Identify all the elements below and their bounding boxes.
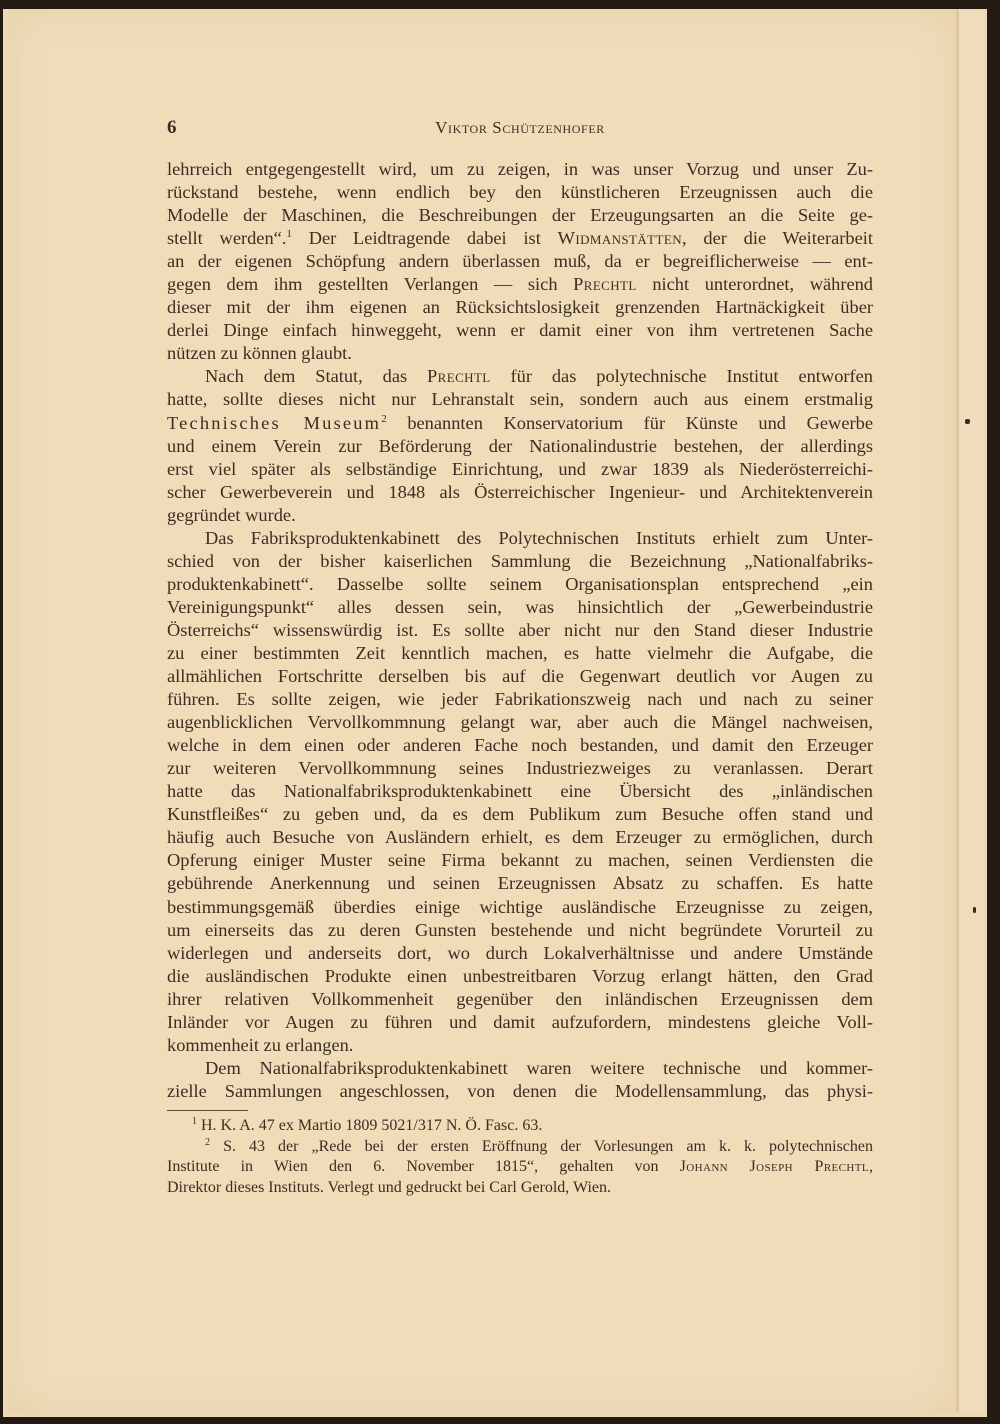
footnote-ref: 2 bbox=[381, 413, 387, 425]
text-line: zielle Sammlungen angeschlossen, von den… bbox=[167, 1080, 873, 1103]
text-line: um einerseits das zu deren Gunsten beste… bbox=[167, 919, 873, 942]
text-line: scher Gewerbeverein und 1848 als Österre… bbox=[167, 481, 873, 504]
footnote-marker: 1 bbox=[192, 1116, 197, 1127]
text-line: gebührende Anerkennung und seinen Erzeug… bbox=[167, 872, 873, 895]
text-line: Opferung einiger Muster seine Firma beka… bbox=[167, 849, 873, 872]
footnote: 2 S. 43 der „Rede bei der ersten Eröffnu… bbox=[167, 1137, 873, 1199]
text-line: rückstand bestehe, wenn endlich bey den … bbox=[167, 181, 873, 204]
text-line: und einem Verein zur Beförderung der Nat… bbox=[167, 435, 873, 458]
edge-speck bbox=[965, 419, 970, 424]
text-line: Technisches Museum2 benannten Konservato… bbox=[167, 412, 873, 435]
footnotes: 1 H. K. A. 47 ex Martio 1809 5021/317 N.… bbox=[167, 1116, 873, 1198]
text-line: Vereinigungspunkt“ alles dessen sein, wa… bbox=[167, 596, 873, 619]
text-line: bestimmungsgemäß überdies einige wichtig… bbox=[167, 896, 873, 919]
text-line: Das Fabriksproduktenkabinett des Polytec… bbox=[167, 527, 873, 550]
text-line: lehrreich entgegengestellt wird, um zu z… bbox=[167, 158, 873, 181]
paragraph: Nach dem Statut, das Prechtl für das pol… bbox=[167, 365, 873, 526]
footnote-divider bbox=[167, 1110, 248, 1111]
text-line: gegründet wurde. bbox=[167, 504, 873, 527]
text-line: Modelle der Maschinen, die Beschreibunge… bbox=[167, 204, 873, 227]
text-line: widerlegen und anderseits dort, wo durch… bbox=[167, 942, 873, 965]
footnote: 1 H. K. A. 47 ex Martio 1809 5021/317 N.… bbox=[167, 1116, 873, 1137]
text-line: nützen zu können glaubt. bbox=[167, 342, 873, 365]
text-line: augenblicklichen Vervollkommnung gelangt… bbox=[167, 711, 873, 734]
text-line: häufig auch Besuche von Ausländern erhie… bbox=[167, 826, 873, 849]
footnote-ref: 1 bbox=[286, 228, 292, 240]
text-line: dieser mit der ihm eigenen an Rücksichts… bbox=[167, 296, 873, 319]
text-line: Dem Nationalfabriksproduktenkabinett war… bbox=[167, 1057, 873, 1080]
text-line: hatte, sollte dieses nicht nur Lehransta… bbox=[167, 388, 873, 411]
running-head: Viktor Schützenhofer bbox=[167, 118, 873, 138]
footnote-line: Institute in Wien den 6. November 1815“,… bbox=[167, 1157, 873, 1178]
person-name: Widmanstätten bbox=[558, 228, 682, 248]
text-line: welche in dem einen oder anderen Fache n… bbox=[167, 734, 873, 757]
text-line: führen. Es sollte zeigen, wie jeder Fabr… bbox=[167, 688, 873, 711]
person-name: Johann Joseph Prechtl bbox=[680, 1158, 869, 1175]
text-line: allmählichen Fortschritte derselben bis … bbox=[167, 665, 873, 688]
text-line: erst viel später als selbständige Einric… bbox=[167, 458, 873, 481]
text-line: gegen dem ihm gestellten Verlangen — sic… bbox=[167, 273, 873, 296]
text-line: derlei Dinge einfach hinweggeht, wenn er… bbox=[167, 319, 873, 342]
person-name: Prechtl bbox=[427, 366, 491, 386]
edge-speck bbox=[973, 907, 976, 913]
text-line: stellt werden“.1 Der Leidtragende dabei … bbox=[167, 227, 873, 250]
text-line: produktenkabinett“. Dasselbe sollte sein… bbox=[167, 573, 873, 596]
text-line: kommenheit zu erlangen. bbox=[167, 1034, 873, 1057]
footnote-line: 2 S. 43 der „Rede bei der ersten Eröffnu… bbox=[167, 1137, 873, 1158]
paragraph: lehrreich entgegengestellt wird, um zu z… bbox=[167, 158, 873, 365]
footnote-line: Direktor dieses Instituts. Verlegt und g… bbox=[167, 1178, 873, 1199]
page-header: 6 Viktor Schützenhofer bbox=[167, 117, 873, 139]
text-line: ihrer relativen Vollkommenheit gegenüber… bbox=[167, 988, 873, 1011]
paragraph: Dem Nationalfabriksproduktenkabinett war… bbox=[167, 1057, 873, 1103]
text-line: zu einer bestimmten Zeit kenntlich mache… bbox=[167, 642, 873, 665]
text-line: schied von der bisher kaiserlichen Samml… bbox=[167, 550, 873, 573]
page-fore-edge bbox=[958, 11, 985, 1411]
text-line: Kunstfleißes“ zu geben und, da es dem Pu… bbox=[167, 803, 873, 826]
footnote-marker: 2 bbox=[205, 1137, 210, 1148]
text-line: zur weiteren Vervollkommnung seines Indu… bbox=[167, 757, 873, 780]
text-line: an der eigenen Schöpfung andern überlass… bbox=[167, 250, 873, 273]
text-line: hatte das Nationalfabriksproduktenkabine… bbox=[167, 780, 873, 803]
paragraph: Das Fabriksproduktenkabinett des Polytec… bbox=[167, 527, 873, 1057]
person-name: Prechtl bbox=[573, 274, 637, 294]
emphasized-term: Technisches Museum bbox=[167, 413, 381, 433]
footnote-line: 1 H. K. A. 47 ex Martio 1809 5021/317 N.… bbox=[167, 1116, 873, 1137]
body-text: lehrreich entgegengestellt wird, um zu z… bbox=[167, 158, 873, 1103]
text-line: Inländer vor Augen zu führen und damit a… bbox=[167, 1011, 873, 1034]
text-line: Nach dem Statut, das Prechtl für das pol… bbox=[167, 365, 873, 388]
text-line: Österreichs“ wissenswürdig ist. Es sollt… bbox=[167, 619, 873, 642]
text-line: die ausländischen Produkte einen unbestr… bbox=[167, 965, 873, 988]
